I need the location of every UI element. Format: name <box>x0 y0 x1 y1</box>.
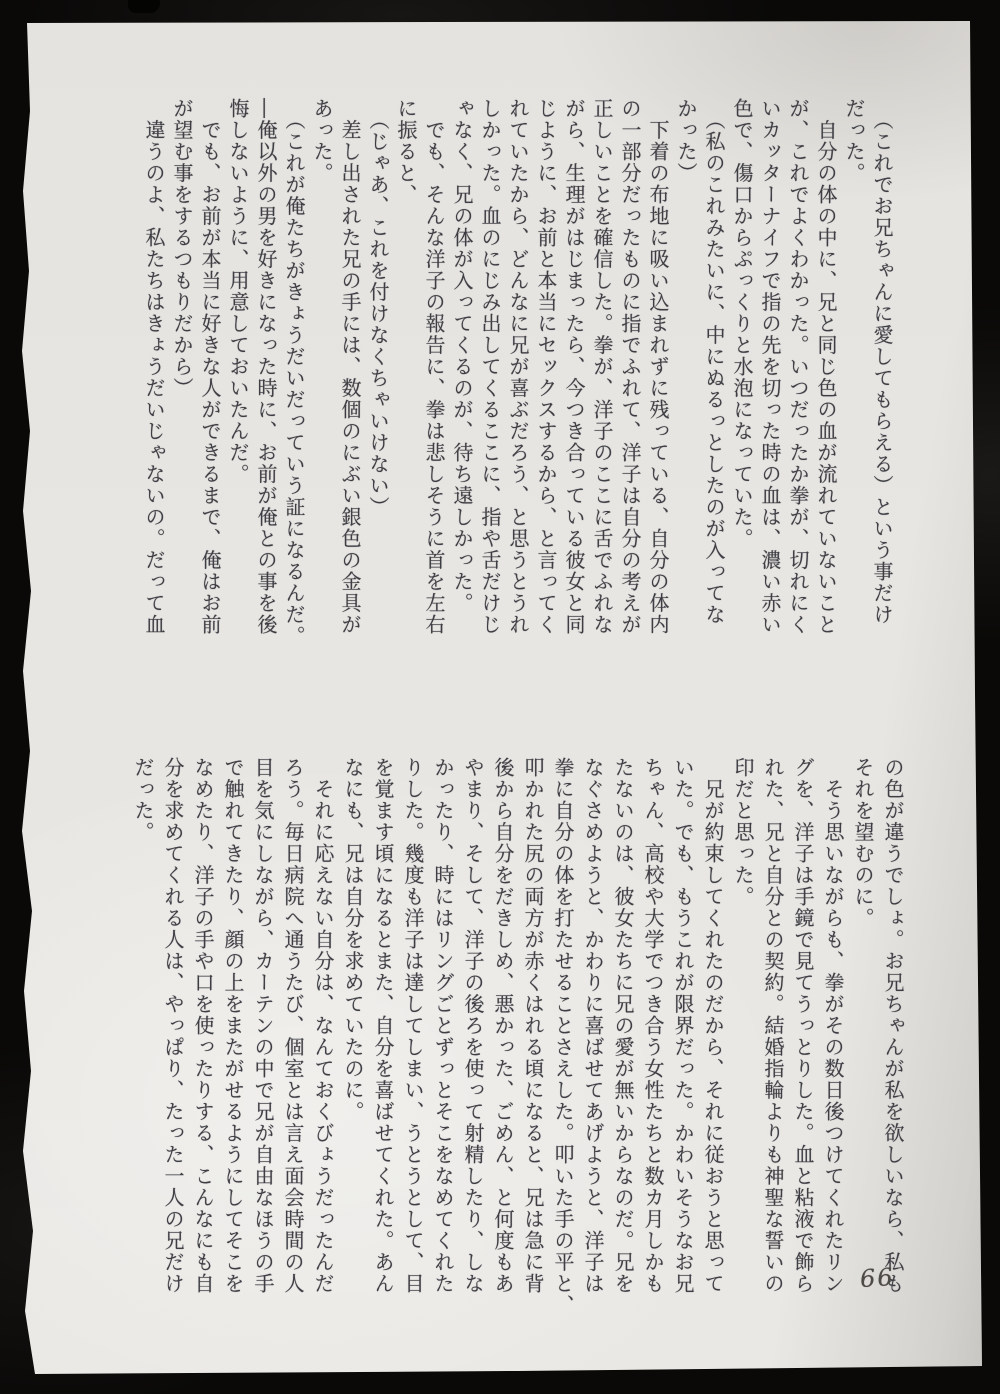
text-line: かった） <box>672 98 700 683</box>
text-line: じように、お前と本当にセックスするから、と言ってく <box>532 98 560 683</box>
text-line: 印だと思った。 <box>728 757 758 1342</box>
text-line: でも、お前が本当に好きな人ができるまで、俺はお前 <box>196 98 224 683</box>
text-line: がら、生理がはじまったら、今つき合っている彼女と同 <box>560 98 588 683</box>
text-line: なめたり、洋子の手や口を使ったりする、こんなにも自 <box>188 757 218 1342</box>
text-line: だった。 <box>128 757 158 1342</box>
text-line: が、これでよくわかった。いつだったか拳が、切れにく <box>784 98 812 683</box>
text-line: かったり、時にはリングごとずっとそこをなめてくれた <box>428 757 458 1342</box>
scan-background: （これでお兄ちゃんに愛してもらえる）という事だけだった。 自分の体の中に、兄と同… <box>0 0 1000 1394</box>
text-line: の一部分だったものに指でふれて、洋子は自分の考えが <box>616 98 644 683</box>
text-block-top: （これでお兄ちゃんに愛してもらえる）という事だけだった。 自分の体の中に、兄と同… <box>140 98 896 643</box>
text-line: なぐさめようと、かわりに喜ばせてあげようと、洋子は <box>578 757 608 1342</box>
text-line: れた、兄と自分との契約。結婚指輪よりも神聖な誓いの <box>758 757 788 1342</box>
text-line: 兄が約束してくれたのだから、それに従おうと思って <box>698 757 728 1342</box>
text-line: 拳に自分の体を打たせることさえした。叩いた手の平と、 <box>548 757 578 1342</box>
scan-artifact <box>128 0 160 13</box>
text-line: 正しいことを確信した。拳が、洋子のここに舌でふれな <box>588 98 616 683</box>
text-line: 下着の布地に吸い込まれずに残っている、自分の体内 <box>644 98 672 683</box>
text-line: だった。 <box>840 98 868 683</box>
text-line: で触れてきたり、顔の上をまたがせるようにしてそこを <box>218 757 248 1342</box>
text-line: を覚ます頃になるとまた、自分を喜ばせてくれた。あん <box>368 757 398 1342</box>
text-line: （これでお兄ちゃんに愛してもらえる）という事だけ <box>868 98 896 683</box>
text-line: （私のこれみたいに、中にぬるっとしたのが入ってな <box>700 98 728 683</box>
text-line: 後から自分をだきしめ、悪かった、ごめん、と何度もあ <box>488 757 518 1342</box>
text-line: りした。幾度も洋子は達してしまい、うとうとして、目 <box>398 757 428 1342</box>
text-line: 自分の体の中に、兄と同じ色の血が流れていないこと <box>812 98 840 683</box>
text-line: 叩かれた尻の両方が赤くはれる頃になると、兄は急に背 <box>518 757 548 1342</box>
text-line: いカッターナイフで指の先を切った時の血は、濃い赤い <box>756 98 784 683</box>
text-line: しかった。血のにじみ出してくるここに、指や舌だけじ <box>476 98 504 683</box>
text-line: 色で、傷口からぷっくりと水泡になっていた。 <box>728 98 756 683</box>
text-line: ゃなく、兄の体が入ってくるのが、待ち遠しかった。 <box>448 98 476 683</box>
text-line: たないのは、彼女たちに兄の愛が無いからなのだ。兄を <box>608 757 638 1342</box>
text-line: 目を気にしながら、カーテンの中で兄が自由なほうの手 <box>248 757 278 1342</box>
text-line: ろう。毎日病院へ通うたび、個室とは言え面会時間の人 <box>278 757 308 1342</box>
text-line: それを望むのに。 <box>848 757 878 1342</box>
text-line: そう思いながらも、拳がその数日後つけてくれたリン <box>818 757 848 1342</box>
text-line: グを、洋子は手鏡で見てうっとりした。血と粘液で飾ら <box>788 757 818 1342</box>
text-line: 差し出された兄の手には、数個のにぶい銀色の金具が <box>336 98 364 683</box>
text-line: いた。でも、もうこれが限界だった。かわいそうなお兄 <box>668 757 698 1342</box>
page-number: 66 <box>859 1263 895 1293</box>
text-line: （じゃあ、これを付けなくちゃいけない） <box>364 98 392 683</box>
text-line: が望む事をするつもりだから） <box>168 98 196 683</box>
text-line: 分を求めてくれる人は、やっぱり、たった一人の兄だけ <box>158 757 188 1342</box>
text-line: ―俺以外の男を好きになった時に、お前が俺との事を後 <box>252 98 280 683</box>
text-line: やまり、そして、洋子の後ろを使って射精したり、しな <box>458 757 488 1342</box>
text-line: れていたから、どんなに兄が喜ぶだろう、と思うとうれ <box>504 98 532 683</box>
text-line: （これが俺たちがきょうだいだっていう証になるんだ。 <box>280 98 308 683</box>
text-line: に振ると、 <box>392 98 420 683</box>
text-line: あった。 <box>308 98 336 683</box>
text-line: なにも、兄は自分を求めていたのに。 <box>338 757 368 1342</box>
text-line: ちゃん、高校や大学でつき合う女性たちと数カ月しかも <box>638 757 668 1342</box>
scanned-page: （これでお兄ちゃんに愛してもらえる）という事だけだった。 自分の体の中に、兄と同… <box>17 21 983 1374</box>
text-block-bottom: の色が違うでしょ。お兄ちゃんが私を欲しいなら、私もそれを望むのに。 そう思いなが… <box>128 757 908 1307</box>
text-line: 悔しないように、用意しておいたんだ。 <box>224 98 252 683</box>
text-line: の色が違うでしょ。お兄ちゃんが私を欲しいなら、私も <box>878 757 908 1342</box>
text-line: 違うのよ、私たちはきょうだいじゃないの。だって血 <box>140 98 168 683</box>
text-line: それに応えない自分は、なんておくびょうだったんだ <box>308 757 338 1342</box>
text-line: でも、そんな洋子の報告に、拳は悲しそうに首を左右 <box>420 98 448 683</box>
